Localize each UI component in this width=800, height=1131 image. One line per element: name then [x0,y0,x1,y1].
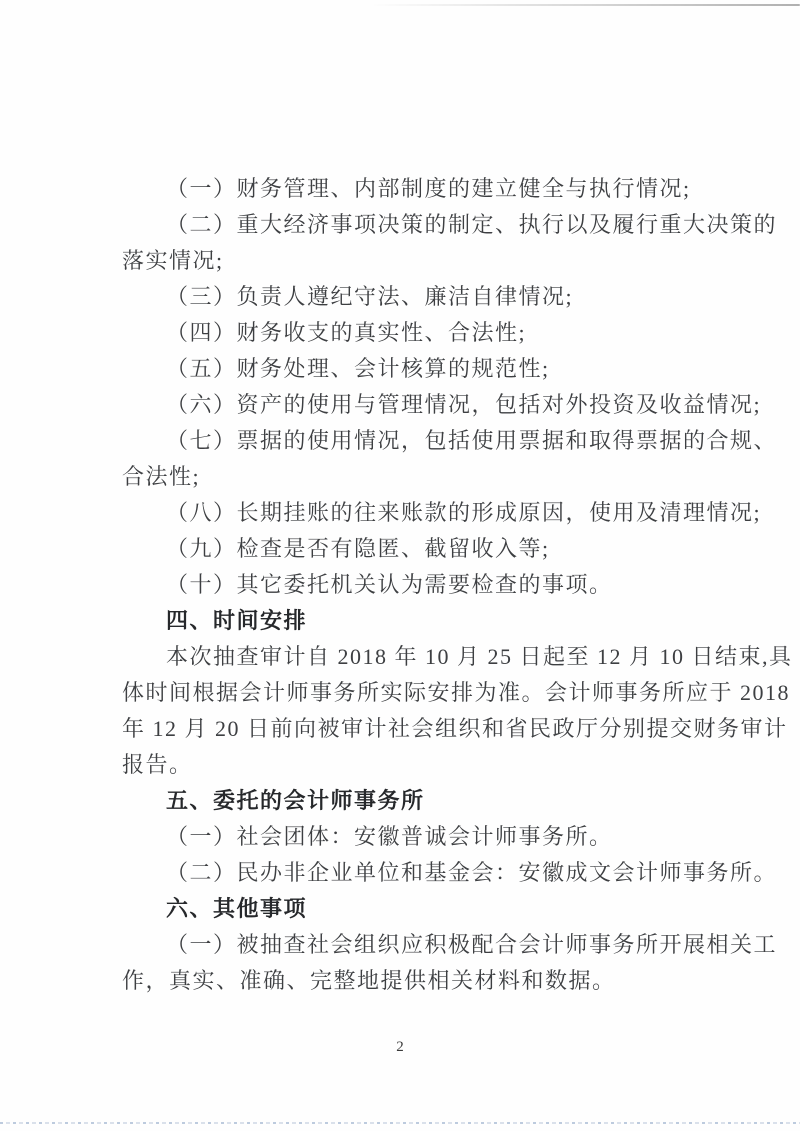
document-body: （一）财务管理、内部制度的建立健全与执行情况; （二）重大经济事项决策的制定、执… [122,171,800,999]
page-number: 2 [0,1038,800,1056]
checklist-item-4: （四）财务收支的真实性、合法性; [122,315,800,351]
checklist-item-9: （九）检查是否有隐匿、截留收入等; [122,531,800,567]
section-heading-firms: 五、委托的会计师事务所 [122,783,800,819]
checklist-item-6: （六）资产的使用与管理情况，包括对外投资及收益情况; [122,387,800,423]
scan-artifact-bottom-line [0,1122,800,1124]
document-page: （一）财务管理、内部制度的建立健全与执行情况; （二）重大经济事项决策的制定、执… [0,0,800,1131]
checklist-item-7: （七）票据的使用情况，包括使用票据和取得票据的合规、 合法性; [122,423,800,495]
checklist-item-10: （十）其它委托机关认为需要检查的事项。 [122,567,800,603]
firm-item-2: （二）民办非企业单位和基金会：安徽成文会计师事务所。 [122,855,800,891]
checklist-item-1: （一）财务管理、内部制度的建立健全与执行情况; [122,171,800,207]
section-heading-schedule: 四、时间安排 [122,603,800,639]
firm-item-1: （一）社会团体：安徽普诚会计师事务所。 [122,819,800,855]
section-heading-other: 六、其他事项 [122,891,800,927]
checklist-item-3: （三）负责人遵纪守法、廉洁自律情况; [122,279,800,315]
paragraph-schedule: 本次抽查审计自 2018 年 10 月 25 日起至 12 月 10 日结束,具… [122,639,800,783]
checklist-item-2: （二）重大经济事项决策的制定、执行以及履行重大决策的 落实情况; [122,207,800,279]
scan-artifact-top-line [370,4,800,6]
paragraph-other-matters: （一）被抽查社会组织应积极配合会计师事务所开展相关工 作，真实、准确、完整地提供… [122,927,800,999]
checklist-item-5: （五）财务处理、会计核算的规范性; [122,351,800,387]
checklist-item-8: （八）长期挂账的往来账款的形成原因，使用及清理情况; [122,495,800,531]
